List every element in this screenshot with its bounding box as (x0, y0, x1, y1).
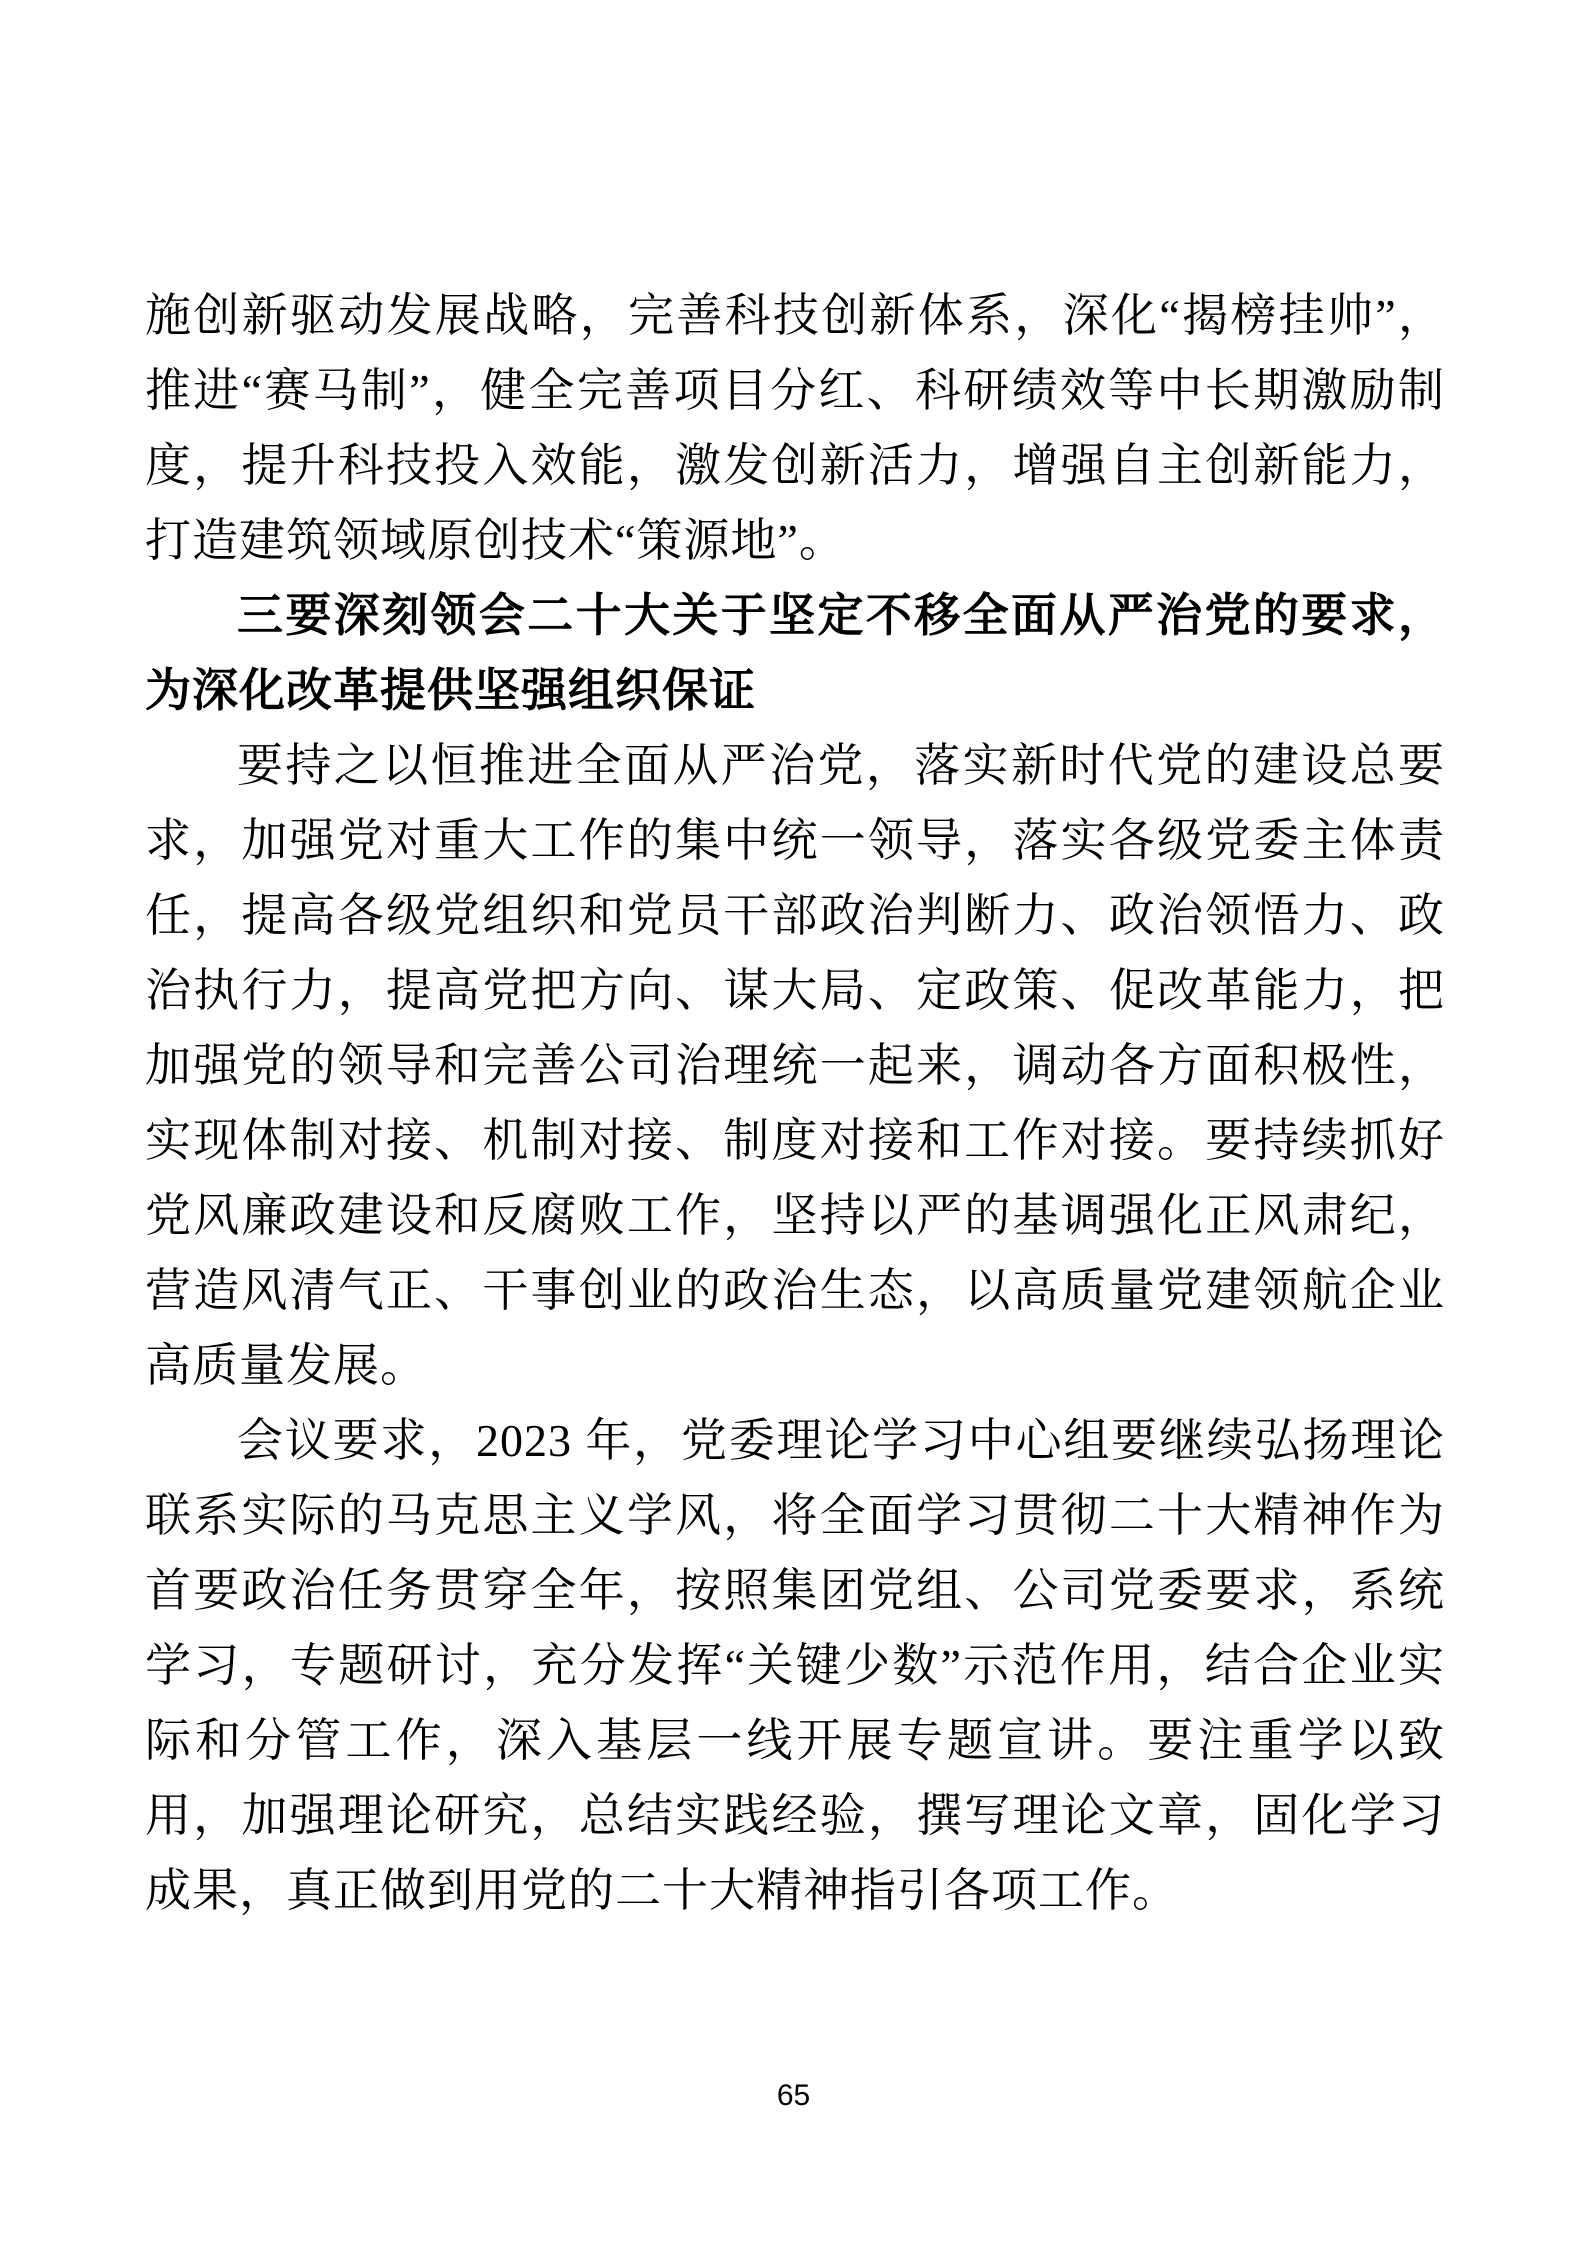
paragraph-party-governance: 要持之以恒推进全面从严治党，落实新时代党的建设总要求，加强党对重大工作的集中统一… (145, 728, 1445, 1403)
document-page: 施创新驱动发展战略，完善科技创新体系，深化“揭榜挂帅”，推进“赛马制”，健全完善… (0, 0, 1587, 2245)
page-number: 65 (0, 2078, 1587, 2114)
continuation-paragraph: 施创新驱动发展战略，完善科技创新体系，深化“揭榜挂帅”，推进“赛马制”，健全完善… (145, 278, 1445, 578)
paragraph-meeting-requirements: 会议要求，2023 年，党委理论学习中心组要继续弘扬理论联系实际的马克思主义学风… (145, 1403, 1445, 1928)
document-body: 施创新驱动发展战略，完善科技创新体系，深化“揭榜挂帅”，推进“赛马制”，健全完善… (145, 278, 1445, 1928)
section-heading: 三要深刻领会二十大关于坚定不移全面从严治党的要求，为深化改革提供坚强组织保证 (145, 578, 1445, 728)
